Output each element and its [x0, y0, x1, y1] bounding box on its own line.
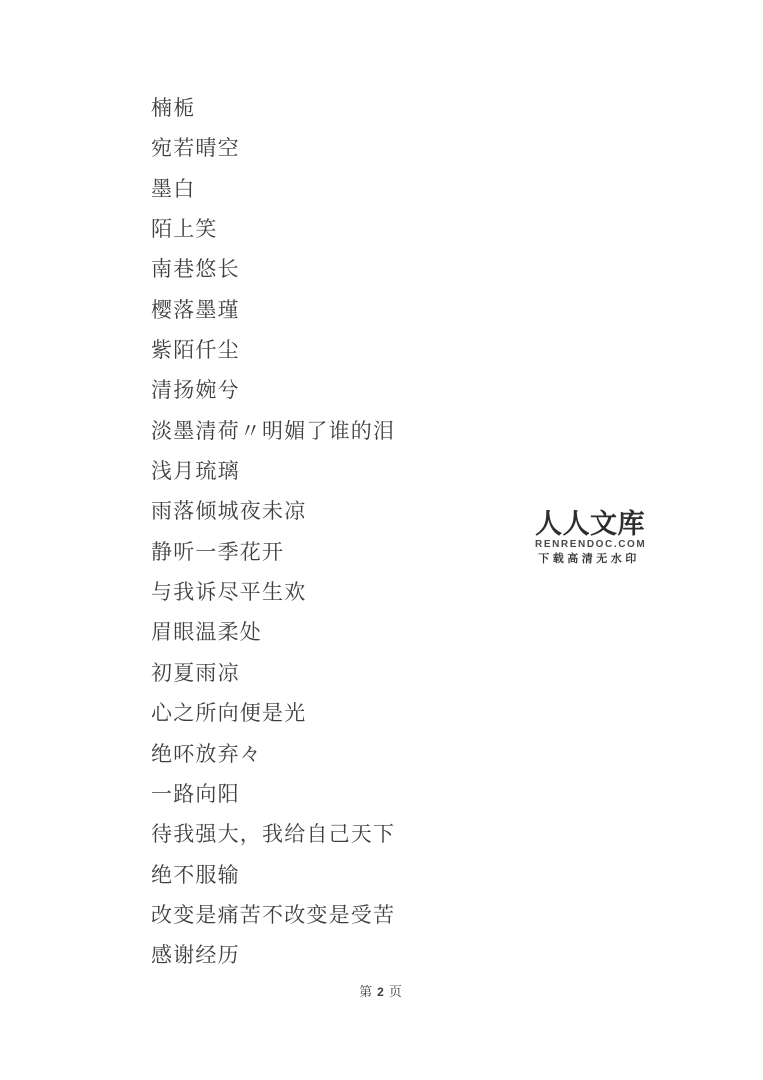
text-line: 樱落墨瑾 [151, 297, 395, 337]
text-line: 心之所向便是光 [151, 700, 395, 740]
text-line: 待我强大，我给自己天下 [151, 821, 395, 861]
text-line: 绝吥放弃々 [151, 741, 395, 781]
watermark-logo-text: 人人文库 [535, 510, 643, 538]
text-content: 楠栀 宛若晴空 墨白 陌上笑 南巷悠长 樱落墨瑾 紫陌仟尘 清扬婉兮 淡墨清荷〃… [151, 95, 395, 983]
page-footer: 第2页 [0, 984, 763, 1000]
text-line: 墨白 [151, 176, 395, 216]
text-line: 初夏雨凉 [151, 660, 395, 700]
footer-prefix: 第 [359, 984, 374, 999]
text-line: 南巷悠长 [151, 256, 395, 296]
watermark-domain-text: RENRENDOC.COM [535, 539, 643, 550]
text-line: 宛若晴空 [151, 135, 395, 175]
text-line: 绝不服输 [151, 862, 395, 902]
text-line: 眉眼温柔处 [151, 619, 395, 659]
text-line: 与我诉尽平生欢 [151, 579, 395, 619]
text-line: 静听一季花开 [151, 539, 395, 579]
text-line: 一路向阳 [151, 781, 395, 821]
text-line: 浅月琉璃 [151, 458, 395, 498]
text-line: 感谢经历 [151, 942, 395, 982]
watermark: 人人文库 RENRENDOC.COM 下载高清无水印 [535, 510, 643, 565]
text-line: 紫陌仟尘 [151, 337, 395, 377]
text-line: 清扬婉兮 [151, 377, 395, 417]
text-line: 楠栀 [151, 95, 395, 135]
watermark-tagline: 下载高清无水印 [535, 553, 643, 565]
document-page: 楠栀 宛若晴空 墨白 陌上笑 南巷悠长 樱落墨瑾 紫陌仟尘 清扬婉兮 淡墨清荷〃… [0, 0, 763, 1080]
text-line: 雨落倾城夜未凉 [151, 498, 395, 538]
page-number: 2 [377, 985, 386, 999]
text-line: 改变是痛苦不改变是受苦 [151, 902, 395, 942]
text-line: 淡墨清荷〃明媚了谁的泪 [151, 418, 395, 458]
footer-suffix: 页 [389, 984, 404, 999]
text-line: 陌上笑 [151, 216, 395, 256]
